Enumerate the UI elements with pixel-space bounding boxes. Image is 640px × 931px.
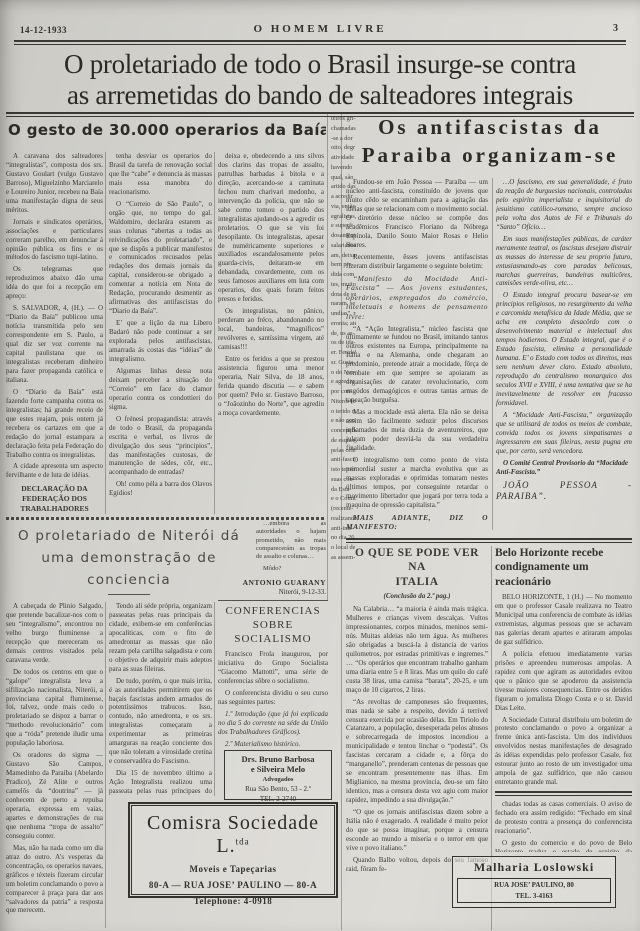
conferencias-headline-line2: SOCIALISMO: [218, 633, 328, 647]
committee-signature: O Comité Central Provisorio da “Mocidade…: [496, 459, 632, 477]
paragraph: …O fascismo, em sua generalidade, é frut…: [496, 178, 632, 232]
paraiba-col2-paras: …O fascismo, em sua generalidade, é frut…: [496, 178, 632, 456]
page-number: 3: [613, 23, 618, 34]
bahia-subhead: DECLARAÇÃO DA FEDERAÇÃO DOS TRABALHADORE…: [6, 484, 103, 514]
lawyers-address: Rua São Bento, 53 - 2.º: [225, 785, 331, 794]
bahia-column-2: tenha desviar os operarios do Brasil da …: [109, 152, 212, 514]
belo-paras: BELO HORIZONTE, 1 (H.) — No momento em q…: [495, 593, 632, 787]
column-rule: [327, 114, 328, 600]
paragraph: Francisco Frola inaugurou, por iniciativ…: [218, 650, 328, 686]
lawyers-ad-box: Drs. Bruno Barbosa e Silveira Melo Advog…: [224, 750, 332, 800]
niteroi-headline-line1: O proletariado de Niterói dá: [6, 526, 252, 546]
paragraph: A cidade apresenta um aspecto fervilhant…: [6, 462, 103, 480]
paragraph: A “Mocidade Anti-Fascista,” organização …: [496, 411, 632, 456]
italia-headline-line2: ITALIA: [346, 575, 488, 589]
paragraph: Fundou-se em João Pessoa — Paraíba — um …: [346, 178, 488, 250]
malharia-name: Malharia Loslowski: [457, 860, 611, 875]
comisra-name-suffix: tda: [236, 836, 250, 846]
italia-paras: Na Calabria… “a maioria é ainda mais trá…: [346, 605, 488, 874]
italia-headline-line1: O QUE SE PODE VER NA: [346, 546, 488, 575]
paraiba-col1-paras-a: Fundou-se em João Pessoa — Paraíba — um …: [346, 178, 488, 271]
belo-headline: Belo Horizonte recebe condignamente um r…: [495, 546, 632, 589]
column-rule: [214, 152, 215, 514]
paragraph: O conferencista dividiu o seu curso nas …: [218, 689, 328, 707]
column-rule: [105, 602, 106, 928]
paragraph: O Estado integral procura basear-se em p…: [496, 291, 632, 407]
paragraph: “O que os jornais antifascistas dizem so…: [346, 808, 488, 853]
comisra-phone: Telephone: 4-0918: [130, 896, 336, 906]
malharia-details: RUA JOSE’ PAULINO, 80 TEL. 3-4163: [457, 878, 611, 903]
paragraph: S. SALVADOR, 4, (H.). — O “Diario da Baí…: [6, 304, 103, 385]
malharia-address: RUA JOSE’ PAULINO, 80: [458, 880, 610, 891]
paragraph: Oh! como péla a barra dos Olavos Egídios…: [109, 480, 212, 498]
paragraph: Jornais e sindicatos operários, associaç…: [6, 218, 103, 263]
conferencias-headline-line1: CONFERENCIAS SOBRE: [218, 605, 328, 633]
masthead: O HOMEM LIVRE: [0, 23, 640, 35]
malharia-phone: TEL. 3-4163: [458, 891, 610, 902]
column-rule: [105, 152, 106, 514]
paraiba-headline-line2: Paraiba organizam-se: [348, 142, 632, 169]
paragraph: …embóra as autoridades o hajam prometido…: [256, 520, 326, 562]
paragraph: Em suas manifestações públicas, de carát…: [496, 235, 632, 289]
italia-continuation-note: (Conclusão da 2.ª pag.): [346, 592, 488, 601]
headline-underline: [108, 594, 150, 595]
comisra-address: 80-A — RUA JOSE’ PAULINO — 80-A: [130, 880, 336, 890]
paragraph: Na Calabria… “a maioria é ainda mais trá…: [346, 605, 488, 695]
paragraph: Entre os feridos a que se prestou assist…: [218, 355, 324, 418]
paragraph: Algumas linhas dessa nota deixam percebe…: [109, 367, 212, 412]
paragraph: O integralismo tem como ponto de vista p…: [346, 456, 488, 510]
lawyers-names-line1: Drs. Bruno Barbosa: [225, 754, 331, 764]
paragraph: Os telegramas que reproduzimos abaixo dã…: [6, 265, 103, 301]
divider: [218, 600, 328, 601]
niteroi-column-2: Tendo ali séde própria, organizam passea…: [109, 602, 212, 796]
belo-tail-paras: chadas todas as casas comerciais. O avis…: [495, 800, 632, 852]
bahia-column-3: deixa e, obedecendo a uns silvos dos cla…: [218, 152, 324, 514]
niteroi-tail-column: …embóra as autoridades o hajam prometido…: [256, 520, 326, 576]
conferencias-topics: 1.º Introdução (que já foi explicada no …: [218, 710, 328, 748]
conferencias-paras: Francisco Frola inaugurou, por iniciativ…: [218, 650, 328, 707]
comisra-tagline: Moveis e Tapeçarias: [130, 864, 336, 874]
comisra-name-text: Comisra Sociedade L.: [147, 812, 319, 857]
paragraph: A polícia efetuou imediatamente varias p…: [495, 650, 632, 713]
paragraph: tenha desviar os operarios do Brasil da …: [109, 152, 212, 197]
manifesto-more-line: MAIS ADIANTE, DIZ O MANIFESTO:: [346, 513, 488, 532]
main-headline-line2: as arremetidas do bando de salteadores i…: [0, 81, 640, 110]
place-signature: JOÃO PESSOA - PARAIBA”.: [496, 480, 632, 503]
paragraph: Môdo?: [256, 565, 326, 573]
header-rule: [14, 40, 626, 45]
paragraph: A Sociedade Cutural distribuiu um boleti…: [495, 716, 632, 788]
main-headline-line1: O proletariado de todo o Brasil insurge-…: [0, 50, 640, 79]
paragraph: De todos os centros em que o “galope” in…: [6, 668, 103, 749]
paragraph: Dia 15 de novembro último a Ação Integra…: [109, 769, 212, 796]
paraiba-headline-line1: Os antifascistas da: [348, 114, 632, 141]
paraiba-col1-paras-b: “A “Ação Integralista,” núcleo fascista …: [346, 325, 488, 510]
paragraph: O gesto do comercio e do povo de Belo Ho…: [495, 839, 632, 852]
paragraph: E’ que a lição da rua Libero Badaró não …: [109, 319, 212, 364]
conferencias-column: CONFERENCIAS SOBRE SOCIALISMO Francisco …: [218, 600, 328, 748]
paragraph: Mas a mocidade está alerta. Ela não se d…: [346, 408, 488, 453]
column-rule: [492, 178, 493, 530]
bahia-column-1: A caravana dos salteadores “integralista…: [6, 152, 103, 514]
signature-place-date: Niterói, 9-12-33.: [236, 588, 326, 596]
paragraph: O “Diario da Baía” está fazendo forte ca…: [6, 388, 103, 460]
paragraph: Os oradores do sigma — Gustavo São Campo…: [6, 751, 103, 841]
paragraph: Tendo ali séde própria, organizam passea…: [109, 602, 212, 674]
lecture-topic: 2.º Materialismo histórico.: [218, 740, 328, 748]
manifesto-intro: “Manifesto da Mocidade Anti-Fascista” — …: [346, 274, 488, 322]
comisra-ad-box: Comisra Sociedade L.tda Moveis e Tapeçar…: [128, 802, 338, 898]
paragraph: Recentemente, êsses jovens antifascistas…: [346, 253, 488, 271]
comisra-name: Comisra Sociedade L.tda: [130, 812, 336, 858]
newspaper-page: 14-12-1933 O HOMEM LIVRE 3 O proletariad…: [0, 0, 640, 931]
paragraph: A caravana dos salteadores “integralista…: [6, 152, 103, 215]
paragraph: O “Correio de São Paulo”, o orgão que, n…: [109, 200, 212, 316]
lawyers-names-line2: e Silveira Melo: [225, 764, 331, 774]
lawyers-role: Advogados: [225, 776, 331, 785]
column-rule: [214, 602, 215, 796]
author-signature: ANTONIO GUARANY: [236, 578, 326, 587]
paragraph: “A “Ação Integralista,” núcleo fascista …: [346, 325, 488, 406]
paragraph: “As revoltas de camponeses são frequente…: [346, 698, 488, 805]
paragraph: Os integralistas, no pânico, perderam ao…: [218, 307, 324, 352]
niteroi-headline-line2: uma demonstração de: [6, 548, 252, 568]
belo-divider: [495, 791, 632, 796]
paragraph: De tudo, porém, o que mais irrita, é as …: [109, 677, 212, 767]
malharia-ad-box: Malharia Loslowski RUA JOSE’ PAULINO, 80…: [452, 856, 616, 908]
paragraph: A cabeçada de Plinio Salgado, que preten…: [6, 602, 103, 665]
right-section-rule: [346, 538, 632, 543]
paragraph: Mas, não ha nada como um dia atraz do ou…: [6, 844, 103, 916]
paraiba-column-2: …O fascismo, em sua generalidade, é frut…: [496, 178, 632, 532]
lecture-topic: 1.º Introdução (que já foi explicada no …: [218, 710, 328, 737]
paraiba-column-1: Fundou-se em João Pessoa — Paraíba — um …: [346, 178, 488, 532]
paragraph: chadas todas as casas comerciais. O avis…: [495, 800, 632, 836]
bahia-headline: O gesto de 30.000 operarios da Baía: [8, 121, 326, 139]
paragraph: deixa e, obedecendo a uns silvos dos cla…: [218, 152, 324, 304]
paragraph: BELO HORIZONTE, 1 (H.) — No momento em q…: [495, 593, 632, 647]
section-divider: [341, 114, 342, 930]
niteroi-headline-line3: conciencia: [6, 570, 252, 590]
paragraph: O frénesi propagandista: através de todo…: [109, 415, 212, 478]
niteroi-column-1: A cabeçada de Plinio Salgado, que preten…: [6, 602, 103, 928]
belo-column: Belo Horizonte recebe condignamente um r…: [495, 546, 632, 852]
bahia-col1-paras-a: A caravana dos salteadores “integralista…: [6, 152, 103, 480]
